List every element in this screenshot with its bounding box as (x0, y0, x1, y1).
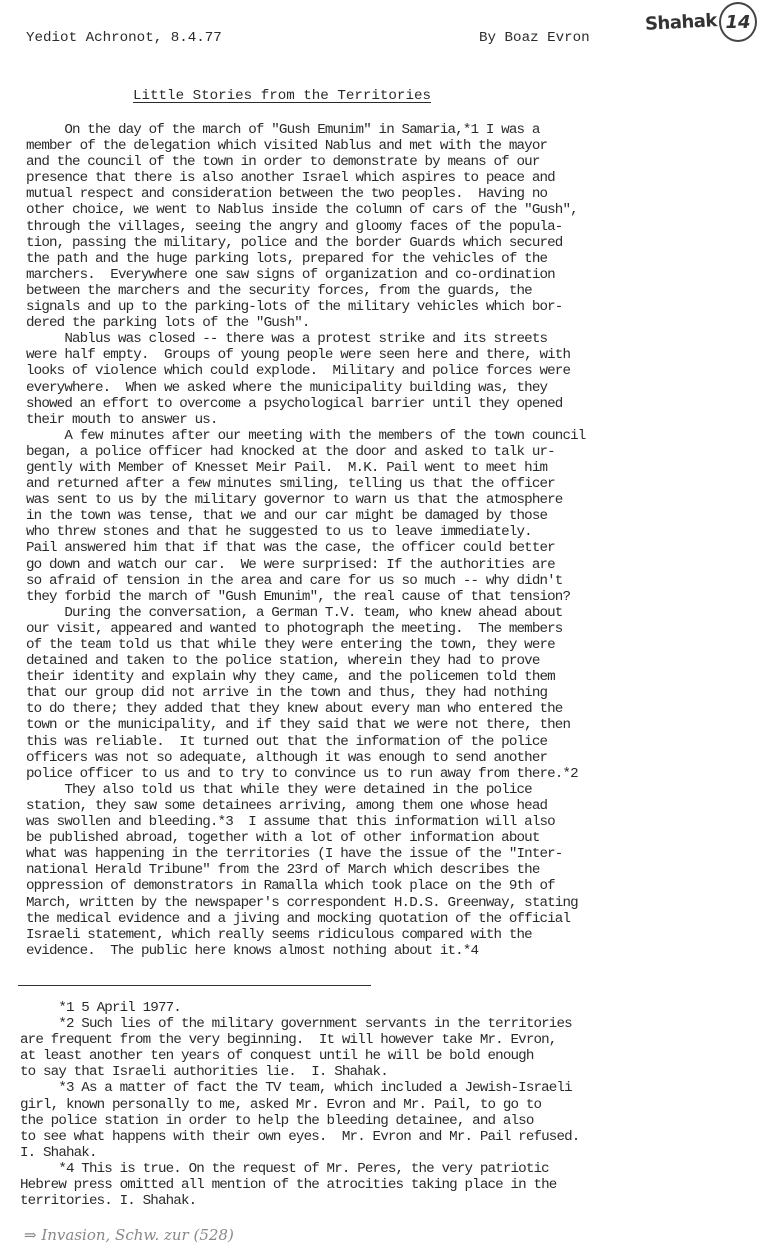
body-line: presence that there is also another Isra… (26, 170, 763, 186)
body-line: looks of violence which could explode. M… (26, 363, 763, 379)
body-line: tion, passing the military, police and t… (26, 235, 763, 251)
body-line: member of the delegation which visited N… (26, 138, 763, 154)
body-line: station, they saw some detainees arrivin… (26, 798, 763, 814)
body-line: gently with Member of Knesset Meir Pail.… (26, 460, 763, 476)
body-line: other choice, we went to Nablus inside t… (26, 202, 763, 218)
body-line: marchers. Everywhere one saw signs of or… (26, 267, 763, 283)
handwritten-page-label: Shahak 14 (645, 2, 757, 42)
body-line: they forbid the march of "Gush Emunim", … (26, 589, 763, 605)
body-line: so afraid of tension in the area and car… (26, 573, 763, 589)
body-line: Pail answered him that if that was the c… (26, 540, 763, 556)
body-line: national Herald Tribune" from the 23rd o… (26, 862, 763, 878)
byline: By Boaz Evron (479, 30, 590, 46)
body-line: and the council of the town in order to … (26, 154, 763, 170)
footnote-line: *3 As a matter of fact the TV team, whic… (20, 1080, 760, 1096)
body-line: A few minutes after our meeting with the… (26, 428, 763, 444)
body-line: in the town was tense, that we and our c… (26, 508, 763, 524)
body-line: They also told us that while they were d… (26, 782, 763, 798)
body-line: police officer to us and to try to convi… (26, 766, 763, 782)
body-line: signals and up to the parking-lots of th… (26, 299, 763, 315)
body-line: their mouth to answer us. (26, 412, 763, 428)
body-line: go down and watch our car. We were surpr… (26, 557, 763, 573)
body-line: what was happening in the territories (I… (26, 846, 763, 862)
footnote-line: *4 This is true. On the request of Mr. P… (20, 1161, 760, 1177)
body-line: was sent to us by the military governor … (26, 492, 763, 508)
footnote-line: to see what happens with their own eyes.… (20, 1129, 760, 1145)
article-body: On the day of the march of "Gush Emunim"… (26, 122, 763, 959)
body-line: detained and taken to the police station… (26, 653, 763, 669)
document-page: Shahak 14 Yediot Achronot, 8.4.77 By Boa… (0, 0, 763, 1258)
footnote-line: *2 Such lies of the military government … (20, 1016, 760, 1032)
body-line: the medical evidence and a jiving and mo… (26, 911, 763, 927)
body-line: During the conversation, a German T.V. t… (26, 605, 763, 621)
footnote-line: are frequent from the very beginning. It… (20, 1032, 760, 1048)
body-line: officers was not so adequate, although i… (26, 750, 763, 766)
body-line: began, a police officer had knocked at t… (26, 444, 763, 460)
body-line: who threw stones and that he suggested t… (26, 524, 763, 540)
body-line: our visit, appeared and wanted to photog… (26, 621, 763, 637)
footnote-line: I. Shahak. (20, 1145, 760, 1161)
body-line: was swollen and bleeding.*3 I assume tha… (26, 814, 763, 830)
body-line: through the villages, seeing the angry a… (26, 219, 763, 235)
source-and-date: Yediot Achronot, 8.4.77 (26, 30, 222, 46)
body-line: between the marchers and the security fo… (26, 283, 763, 299)
footnote-line: to say that Israeli authorities lie. I. … (20, 1064, 760, 1080)
body-line: of the team told us that while they were… (26, 637, 763, 653)
body-line: Israeli statement, which really seems ri… (26, 927, 763, 943)
footnote-divider (18, 985, 371, 986)
body-line: were half empty. Groups of young people … (26, 347, 763, 363)
body-line: their identity and explain why they came… (26, 669, 763, 685)
footnote-line: girl, known personally to me, asked Mr. … (20, 1097, 760, 1113)
body-line: that our group did not arrive in the tow… (26, 685, 763, 701)
body-line: dered the parking lots of the "Gush". (26, 315, 763, 331)
body-line: mutual respect and consideration between… (26, 186, 763, 202)
body-line: Nablus was closed -- there was a protest… (26, 331, 763, 347)
body-line: everywhere. When we asked where the muni… (26, 380, 763, 396)
body-line: town or the municipality, and if they sa… (26, 717, 763, 733)
footnotes: *1 5 April 1977. *2 Such lies of the mil… (20, 1000, 760, 1209)
circled-page-number: 14 (719, 2, 757, 42)
footnote-line: *1 5 April 1977. (20, 1000, 760, 1016)
body-line: and returned after a few minutes smiling… (26, 476, 763, 492)
body-line: this was reliable. It turned out that th… (26, 734, 763, 750)
body-line: to do there; they added that they knew a… (26, 701, 763, 717)
body-line: March, written by the newspaper's corres… (26, 895, 763, 911)
footnote-line: Hebrew press omitted all mention of the … (20, 1177, 760, 1193)
body-line: the path and the huge parking lots, prep… (26, 251, 763, 267)
body-line: evidence. The public here knows almost n… (26, 943, 763, 959)
body-line: be published abroad, together with a lot… (26, 830, 763, 846)
handwritten-bottom-note: ⇒ Invasion, Schw. zur (528) (24, 1226, 234, 1244)
body-line: oppression of demonstrators in Ramalla w… (26, 878, 763, 894)
footnote-line: territories. I. Shahak. (20, 1193, 760, 1209)
footnote-line: the police station in order to help the … (20, 1113, 760, 1129)
body-line: On the day of the march of "Gush Emunim"… (26, 122, 763, 138)
article-title: Little Stories from the Territories (133, 88, 431, 104)
body-line: showed an effort to overcome a psycholog… (26, 396, 763, 412)
footnote-line: at least another ten years of conquest u… (20, 1048, 760, 1064)
handwritten-name: Shahak (645, 10, 718, 35)
